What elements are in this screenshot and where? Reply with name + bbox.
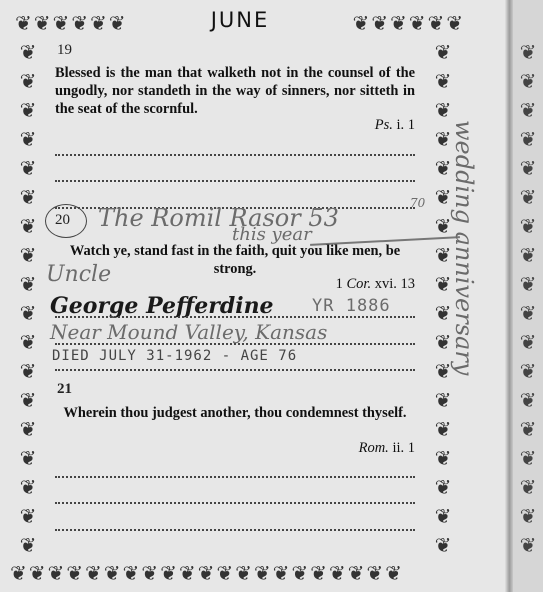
reference-book: Rom. <box>359 440 389 456</box>
handwritten-superscript: 70 <box>410 196 425 210</box>
day-number-21: 21 <box>57 381 72 398</box>
book-spine <box>505 0 513 592</box>
day-number-20: 20 <box>55 212 70 229</box>
handwritten-uncle: Uncle <box>46 262 111 287</box>
reference-prefix: 1 <box>336 276 347 292</box>
writing-line <box>55 502 415 504</box>
reference-21: Rom. ii. 1 <box>359 440 415 457</box>
reference-chapter: i. 1 <box>393 117 415 133</box>
verse-21: Wherein thou judgest another, thou conde… <box>55 404 415 422</box>
writing-line <box>55 154 415 156</box>
ornamental-border-top-left: ❦❦❦❦❦❦ <box>15 8 165 38</box>
handwritten-margin-note: wedding anniversary <box>450 120 478 375</box>
reference-19: Ps. i. 1 <box>375 117 415 134</box>
reference-book: Cor. <box>347 276 372 292</box>
writing-line <box>55 369 415 371</box>
reference-chapter: ii. 1 <box>389 440 415 456</box>
ornamental-border-left: ❦❦❦❦❦❦❦❦❦❦❦❦❦❦❦❦❦❦ <box>15 38 41 558</box>
handwritten-death-note: DIED JULY 31-1962 - AGE 76 <box>52 348 297 364</box>
reference-20: 1 Cor. xvi. 13 <box>336 276 415 293</box>
handwritten-place: Near Mound Valley, Kansas <box>50 320 327 344</box>
reference-book: Ps. <box>375 117 393 133</box>
day-number-19: 19 <box>57 42 72 59</box>
facing-page-ornament: ❦❦❦❦❦❦❦❦❦❦❦❦❦❦❦❦❦❦ <box>516 38 540 558</box>
writing-line <box>55 476 415 478</box>
ornamental-border-top-right: ❦❦❦❦❦❦ <box>315 8 465 38</box>
verse-19: Blessed is the man that walketh not in t… <box>55 64 415 118</box>
reference-chapter: xvi. 13 <box>371 276 415 292</box>
writing-line <box>55 343 415 345</box>
writing-line <box>55 529 415 531</box>
handwritten-birth-year: YR 1886 <box>312 296 391 316</box>
month-title: JUNE <box>200 8 280 32</box>
ornamental-border-bottom: ❦❦❦❦❦❦❦❦❦❦❦❦❦❦❦❦❦❦❦❦❦ <box>10 558 470 588</box>
writing-line <box>55 316 415 318</box>
writing-line <box>55 180 415 182</box>
